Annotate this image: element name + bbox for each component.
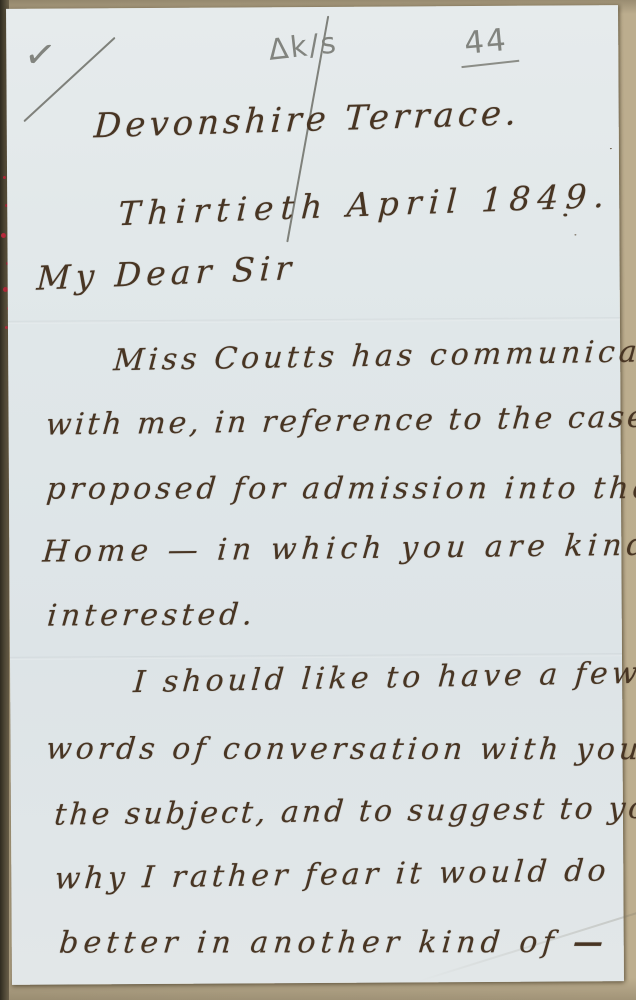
letter-line: Miss Coutts has communicated xyxy=(112,333,636,378)
letter-line-text: better in another kind of xyxy=(58,925,560,960)
letter-date: Thirtieth April 1849. xyxy=(117,176,612,233)
letter-salutation: My Dear Sir xyxy=(36,248,297,298)
letter-scan: ✓ Δk/s 44 Devonshire Terrace. Thirtieth … xyxy=(0,0,636,1000)
letter-line: why I rather fear it would do xyxy=(53,853,610,896)
letter-line: I should like to have a few xyxy=(132,656,636,700)
letter-line: words of conversation with you on xyxy=(45,732,636,768)
red-ink-specks xyxy=(3,176,6,179)
fold-crease xyxy=(8,317,620,324)
folio-number: 44 xyxy=(463,22,510,62)
letter-line: proposed for admission into the xyxy=(45,471,636,507)
letter-line: with me, in reference to the case — xyxy=(45,399,636,442)
letter-address: Devonshire Terrace. xyxy=(93,93,521,146)
letter-line: the subject, and to suggest to you xyxy=(53,791,636,833)
letter-line: better in another kind of — xyxy=(58,925,610,960)
letter-line: interested. xyxy=(46,597,258,633)
letter-line: Home — in which you are kindly xyxy=(41,527,636,569)
letter-page: ✓ Δk/s 44 Devonshire Terrace. Thirtieth … xyxy=(6,5,624,985)
heavy-ink-dash: — xyxy=(572,925,610,960)
